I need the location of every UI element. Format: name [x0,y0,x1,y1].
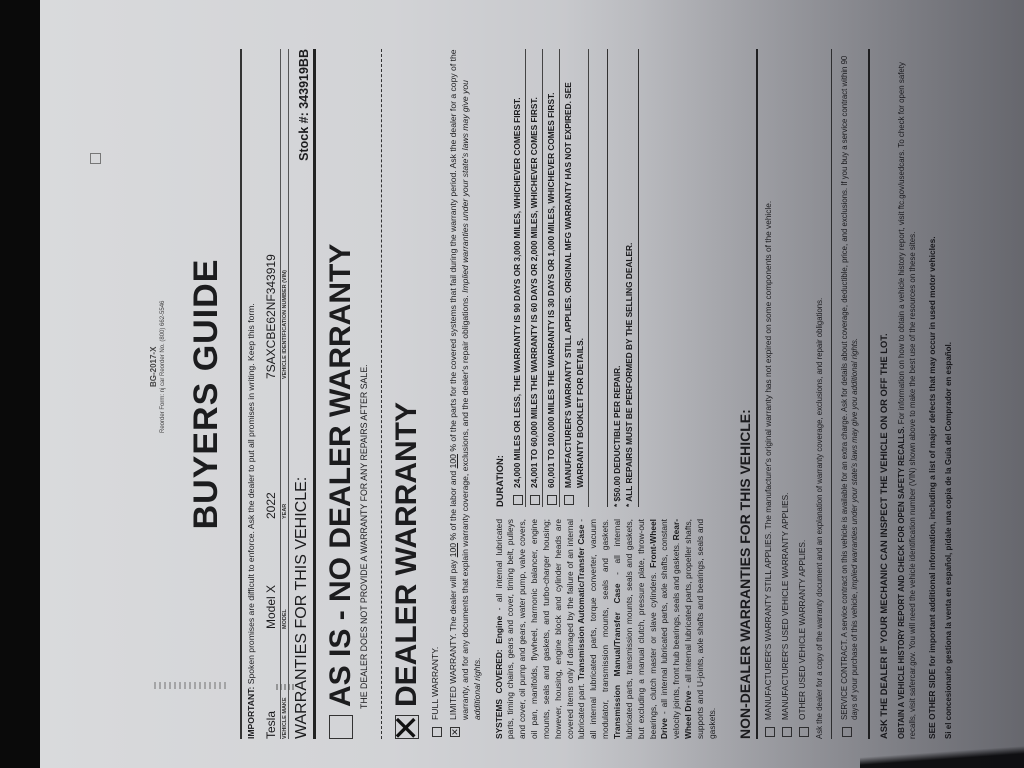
parts-percent: 100 [448,454,458,468]
dealer-warranty-title: DEALER WARRANTY [390,402,424,707]
manual-transmission-label: Transmission Manual/Transfer Case [612,584,622,739]
duration-checkbox[interactable] [530,495,540,505]
stock-number: Stock #: 343919BB [297,49,311,161]
vehicle-year-value: 2022 [264,379,278,519]
fwd-text: - all internal lubricated parts, axle sh… [659,519,681,739]
limited-warranty-label: LIMITED WARRANTY. [448,634,458,720]
important-notice: IMPORTANT: Spoken promises are difficult… [240,49,256,739]
as-is-option[interactable]: AS IS - NO DEALER WARRANTY [324,49,358,739]
see-other-heading: SEE OTHER SIDE for important additional … [927,322,937,739]
duration-checkbox[interactable] [547,495,557,505]
non-dealer-option[interactable]: MANUFACTURER'S WARRANTY STILL APPLIES. T… [763,49,775,739]
dealer-warranty-option[interactable]: DEALER WARRANTY [390,49,424,739]
full-warranty-label: FULL WARRANTY. [430,647,442,720]
ask-copy-text: Ask the dealer for a copy of the warrant… [815,49,832,739]
dashed-divider [381,49,382,739]
as-is-title: AS IS - NO DEALER WARRANTY [324,244,358,707]
non-dealer-checkbox[interactable] [799,727,809,737]
service-contract-option[interactable]: SERVICE CONTRACT. A service contract on … [840,49,871,739]
full-warranty-checkbox[interactable] [432,727,442,737]
non-dealer-checkbox[interactable] [782,727,792,737]
vehicle-make-label: VEHICLE MAKE [280,629,288,739]
page-title: BUYERS GUIDE [187,49,226,739]
non-dealer-text: MANUFACTURER'S WARRANTY STILL APPLIES. T… [763,201,775,720]
duration-notes: * $50.00 DEDUCTIBLE PER REPAIR. * ALL RE… [607,49,639,507]
vehicle-model-value: Model X [264,519,278,629]
duration-checkbox[interactable] [513,495,523,505]
full-warranty-option[interactable]: FULL WARRANTY. [430,49,442,739]
duration-option[interactable]: MANUFACTURER'S WARRANTY STILL APPLIES. O… [560,49,589,507]
duration-option[interactable]: 60,001 TO 100,000 MILES THE WARRANTY IS … [543,49,560,507]
see-other-text: used motor vehicles. [927,236,937,319]
non-dealer-option[interactable]: MANUFACTURER'S USED VEHICLE WARRANTY APP… [780,49,792,739]
vehicle-info-row: Tesla VEHICLE MAKE Model X MODEL 2022 YE… [264,49,289,739]
vehicle-make-field: Tesla VEHICLE MAKE [264,629,288,739]
vehicle-year-label: YEAR [280,379,288,519]
engine-label: Engine [494,616,504,644]
form-number: BG-2017-X Reorder Form: nj car Reorder N… [149,301,168,433]
non-dealer-checkbox[interactable] [765,727,775,737]
coverage-columns: SYSTEMS COVERED: Engine - all internal l… [494,49,719,739]
deductible-note: * $50.00 DEDUCTIBLE PER REPAIR. [611,49,623,507]
duration-checkbox[interactable] [564,495,574,505]
selling-dealer-note: * ALL REPAIRS MUST BE PERFORMED BY THE S… [623,49,635,507]
as-is-checkbox[interactable] [329,715,353,739]
non-dealer-heading: NON-DEALER WARRANTIES FOR THIS VEHICLE: [737,49,758,739]
duration-text: 24,001 TO 60,000 MILES THE WARRANTY IS 6… [528,97,540,488]
dealer-warranty-checkbox[interactable] [395,715,419,739]
systems-covered: SYSTEMS COVERED: Engine - all internal l… [494,507,719,739]
non-dealer-option[interactable]: OTHER USED VEHICLE WARRANTY APPLIES. [797,49,809,739]
duration-column: DURATION: 24,000 MILES OR LESS, THE WARR… [494,49,719,507]
duration-text: 24,000 MILES OR LESS, THE WARRANTY IS 90… [511,97,523,488]
history-heading: OBTAIN A VEHICLE HISTORY REPORT AND CHEC… [897,426,906,739]
duration-options: 24,000 MILES OR LESS, THE WARRANTY IS 90… [509,49,589,507]
vehicle-make-value: Tesla [264,629,278,739]
limited-text-2: % of the labor and [448,471,458,541]
vehicle-model-field: Model X MODEL [264,519,288,629]
service-contract-checkbox[interactable] [842,727,852,737]
corner-checkbox-mark [90,153,101,164]
limited-warranty-checkbox[interactable]: ✕ [450,727,460,737]
limited-warranty-text: LIMITED WARRANTY. The dealer will pay 10… [448,49,484,720]
mechanic-inspection-note: ASK THE DEALER IF YOUR MECHANIC CAN INSP… [878,49,889,739]
duration-option[interactable]: 24,000 MILES OR LESS, THE WARRANTY IS 90… [509,49,526,507]
systems-label: SYSTEMS COVERED: [494,649,504,739]
spanish-note: Si el concesionario gestiona la venta en… [944,49,953,739]
duration-option[interactable]: 24,001 TO 60,000 MILES THE WARRANTY IS 6… [526,49,543,507]
limited-text-1: The dealer will pay [448,560,458,632]
warranties-heading-row: WARRANTIES FOR THIS VEHICLE: Stock #: 34… [293,49,316,739]
non-dealer-text: OTHER USED VEHICLE WARRANTY APPLIES. [797,540,809,720]
warranties-heading: WARRANTIES FOR THIS VEHICLE: [293,477,311,739]
duration-text: 60,001 TO 100,000 MILES THE WARRANTY IS … [545,93,557,488]
service-contract-implied: implied warranties under your state's la… [850,338,859,590]
vehicle-history-note: OBTAIN A VEHICLE HISTORY REPORT AND CHEC… [897,49,918,739]
vehicle-model-label: MODEL [280,519,288,629]
see-other-side-note: SEE OTHER SIDE for important additional … [927,49,938,739]
vehicle-year-field: 2022 YEAR [264,379,288,519]
as-is-subtitle: THE DEALER DOES NOT PROVIDE A WARRANTY F… [359,49,369,709]
labor-percent: 100 [448,543,458,557]
vehicle-vin-value: 7SAXCBE62NF343919 [264,49,278,379]
non-dealer-options: MANUFACTURER'S WARRANTY STILL APPLIES. T… [763,49,809,739]
service-contract-label: SERVICE CONTRACT. [840,639,849,720]
important-text: Spoken promises are difficult to enforce… [246,303,256,684]
vehicle-vin-field: 7SAXCBE62NF343919 VEHICLE IDENTIFICATION… [264,49,288,379]
engine-text: - all internal lubricated parts, timing … [494,519,587,739]
important-label: IMPORTANT: [246,687,256,739]
vehicle-vin-label: VEHICLE IDENTIFICATION NUMBER (VIN) [280,49,288,379]
duration-text: MANUFACTURER'S WARRANTY STILL APPLIES. O… [562,49,586,488]
form-code: BG-2017-X [149,347,158,387]
duration-label: DURATION: [494,49,505,507]
service-contract-text: SERVICE CONTRACT. A service contract on … [840,49,861,720]
buyers-guide-document: BG-2017-X Reorder Form: nj car Reorder N… [127,29,957,759]
limited-warranty-option[interactable]: ✕ LIMITED WARRANTY. The dealer will pay … [448,49,484,739]
auto-transmission-label: Transmission Automatic/Transfer Case [576,525,586,681]
non-dealer-text: MANUFACTURER'S USED VEHICLE WARRANTY APP… [780,493,792,721]
printer-line: Reorder Form: nj car Reorder No. (800) 6… [160,301,166,433]
